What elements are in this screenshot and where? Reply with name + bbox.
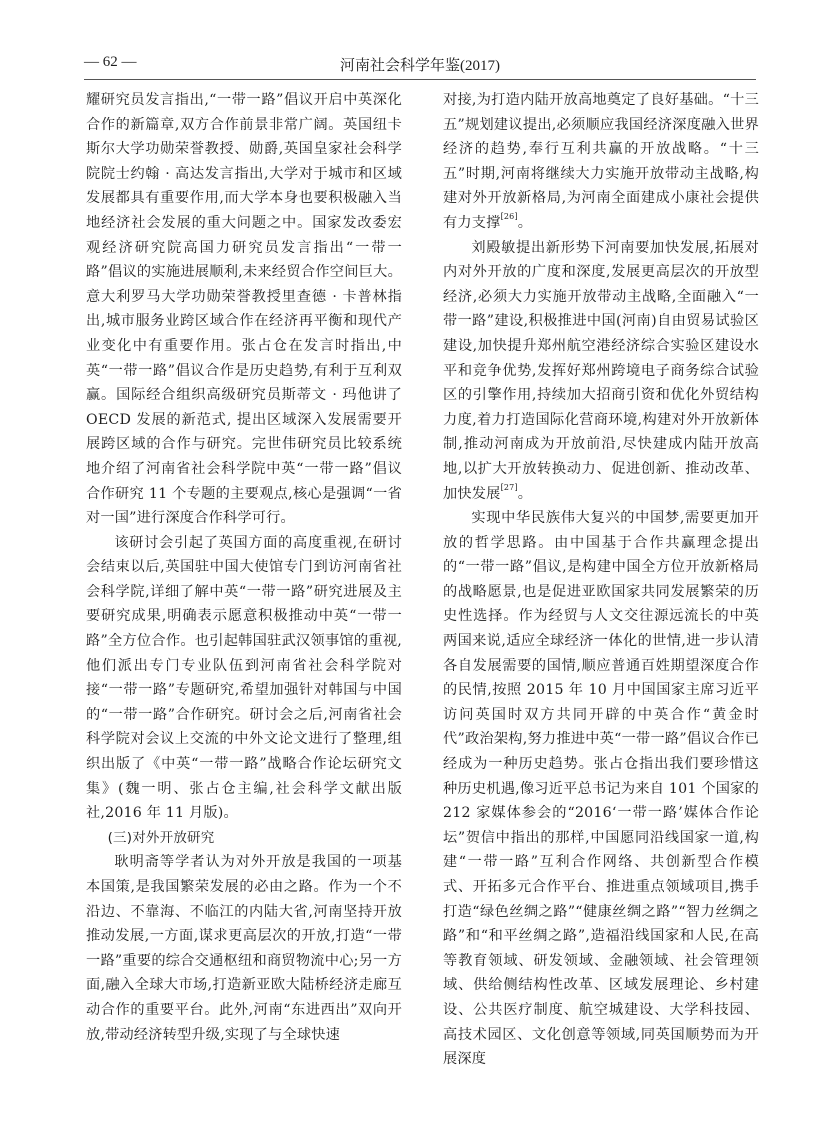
citation-ref: [27] <box>501 483 518 492</box>
paragraph: 实现中华民族伟大复兴的中国梦,需要更加开放的哲学思路。由中国基于合作共赢理念提出… <box>443 506 759 1072</box>
paragraph: 对接,为打造内陆开放高地奠定了良好基础。“十三五”规划建议提出,必须顺应我国经济… <box>443 88 759 236</box>
paragraph: 耿明斋等学者认为对外开放是我国的一项基本国策,是我国繁荣发展的必由之路。作为一个… <box>86 850 402 1047</box>
paragraph: 刘殿敏提出新形势下河南要加快发展,拓展对内对外开放的广度和深度,发展更高层次的开… <box>443 236 759 507</box>
paragraph: 该研讨会引起了英国方面的高度重视,在研讨会结束以后,英国驻中国大使馆专门到访河南… <box>86 531 402 826</box>
citation-ref: [26] <box>501 212 518 221</box>
paragraph-text: 刘殿敏提出新形势下河南要加快发展,拓展对内对外开放的广度和深度,发展更高层次的开… <box>443 240 759 502</box>
page-header: — 62 — 河南社会科学年鉴(2017) <box>84 54 756 78</box>
header-rule <box>84 79 756 80</box>
paragraph-text: 对接,为打造内陆开放高地奠定了良好基础。“十三五”规划建议提出,必须顺应我国经济… <box>443 92 759 231</box>
paragraph-end: 。 <box>518 215 532 231</box>
paragraph-end: 。 <box>518 486 532 502</box>
paragraph: 耀研究员发言指出,“一带一路”倡议开启中英深化合作的新篇章,双方合作前景非常广阔… <box>86 88 402 531</box>
left-column: 耀研究员发言指出,“一带一路”倡议开启中英深化合作的新篇章,双方合作前景非常广阔… <box>86 88 402 1047</box>
section-heading: (三)对外开放研究 <box>86 826 402 851</box>
running-title: 河南社会科学年鉴(2017) <box>84 54 756 75</box>
right-column: 对接,为打造内陆开放高地奠定了良好基础。“十三五”规划建议提出,必须顺应我国经济… <box>443 88 759 1072</box>
